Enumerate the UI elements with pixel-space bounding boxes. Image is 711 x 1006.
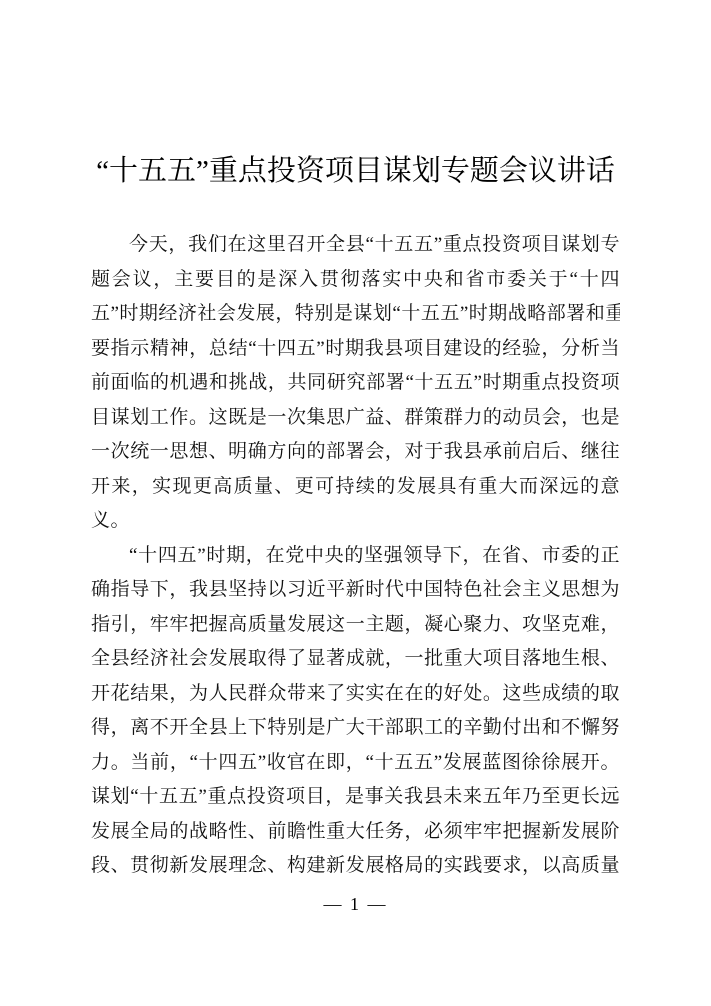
text-line: 指引，牢牢把握高质量发展这一主题，凝心聚力、攻坚克难， — [91, 608, 620, 643]
document-body: 今天，我们在这里召开全县“十五五”重点投资项目谋划专题会议，主要目的是深入贯彻落… — [91, 228, 620, 884]
text-line: 开来，实现更高质量、更可持续的发展具有重大而深远的意 — [91, 470, 620, 505]
paragraph: “十四五”时期，在党中央的坚强领导下，在省、市委的正确指导下，我县坚持以习近平新… — [91, 539, 620, 884]
text-line: 今天，我们在这里召开全县“十五五”重点投资项目谋划专 — [91, 228, 620, 263]
text-line: 义。 — [91, 504, 620, 539]
text-line: 题会议，主要目的是深入贯彻落实中央和省市委关于“十四 — [91, 263, 620, 298]
text-line: 开花结果，为人民群众带来了实实在在的好处。这些成绩的取 — [91, 677, 620, 712]
text-line: 得，离不开全县上下特别是广大干部职工的辛勤付出和不懈努 — [91, 711, 620, 746]
text-line: 目谋划工作。这既是一次集思广益、群策群力的动员会，也是 — [91, 401, 620, 436]
paragraph: 今天，我们在这里召开全县“十五五”重点投资项目谋划专题会议，主要目的是深入贯彻落… — [91, 228, 620, 539]
document-page: “十五五”重点投资项目谋划专题会议讲话 今天，我们在这里召开全县“十五五”重点投… — [0, 0, 711, 1006]
text-line: 一次统一思想、明确方向的部署会，对于我县承前启后、继往 — [91, 435, 620, 470]
document-title: “十五五”重点投资项目谋划专题会议讲话 — [91, 150, 620, 192]
text-line: 确指导下，我县坚持以习近平新时代中国特色社会主义思想为 — [91, 573, 620, 608]
text-line: “十四五”时期，在党中央的坚强领导下，在省、市委的正 — [91, 539, 620, 574]
text-line: 要指示精神，总结“十四五”时期我县项目建设的经验，分析当 — [91, 332, 620, 367]
document-content: “十五五”重点投资项目谋划专题会议讲话 今天，我们在这里召开全县“十五五”重点投… — [91, 0, 620, 884]
page-number: — 1 — — [0, 894, 711, 915]
text-line: 全县经济社会发展取得了显著成就，一批重大项目落地生根、 — [91, 642, 620, 677]
text-line: 前面临的机遇和挑战，共同研究部署“十五五”时期重点投资项 — [91, 366, 620, 401]
text-line: 五”时期经济社会发展，特别是谋划“十五五”时期战略部署和重 — [91, 297, 620, 332]
text-line: 力。当前，“十四五”收官在即，“十五五”发展蓝图徐徐展开。 — [91, 746, 620, 781]
text-line: 发展全局的战略性、前瞻性重大任务，必须牢牢把握新发展阶 — [91, 815, 620, 850]
text-line: 段、贯彻新发展理念、构建新发展格局的实践要求，以高质量 — [91, 849, 620, 884]
text-line: 谋划“十五五”重点投资项目，是事关我县未来五年乃至更长远 — [91, 780, 620, 815]
